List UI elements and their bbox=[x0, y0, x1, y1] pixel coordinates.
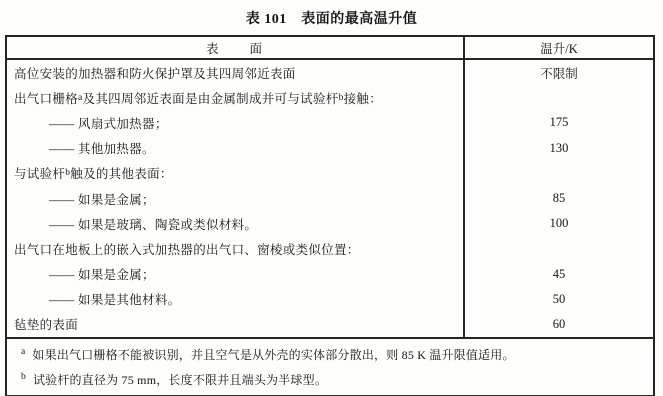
row-value: 60 bbox=[463, 312, 653, 337]
table-row: —— 如果是金属； 85 bbox=[7, 186, 653, 211]
table-row: —— 如果是其他材料。 50 bbox=[7, 287, 653, 312]
row-value: 50 bbox=[463, 287, 653, 312]
footnote-b: b试验杆的直径为 75 mm，长度不限并且端头为半球型。 bbox=[21, 368, 653, 393]
row-label: 高位安装的加热器和防火保护罩及其四周邻近表面 bbox=[7, 60, 463, 85]
row-label: —— 如果是金属； bbox=[7, 186, 463, 211]
table-row: —— 其他加热器。 130 bbox=[7, 136, 653, 161]
footnote-b-marker: b bbox=[21, 372, 26, 382]
row-label: —— 风扇式加热器； bbox=[7, 110, 463, 135]
row-value bbox=[463, 161, 653, 186]
row-label: 出气口栅格a 及其四周邻近表面是由金属制成并可与试验杆b 接触： bbox=[7, 85, 463, 110]
footnote-a-text: 如果出气口栅格不能被识别，并且空气是从外壳的实体部分散出，则 85 K 温升限值… bbox=[32, 348, 514, 362]
footnote-b-text: 试验杆的直径为 75 mm，长度不限并且端头为半球型。 bbox=[33, 373, 327, 387]
row-value bbox=[463, 236, 653, 261]
table-row: —— 如果是金属； 45 bbox=[7, 262, 653, 287]
table-row: —— 风扇式加热器； 175 bbox=[7, 110, 653, 135]
table-header-row: 表 面 温升/K bbox=[7, 37, 653, 60]
footnote-a-marker: a bbox=[21, 347, 25, 357]
row-label: —— 如果是金属； bbox=[7, 262, 463, 287]
table-row: 与试验杆b 触及的其他表面： bbox=[7, 161, 653, 186]
temperature-rise-table: 表 面 温升/K 高位安装的加热器和防火保护罩及其四周邻近表面 不限制 出气口栅… bbox=[5, 35, 655, 396]
row-value: 175 bbox=[463, 110, 653, 135]
row-label: 毡垫的表面 bbox=[7, 312, 463, 337]
row-value: 45 bbox=[463, 262, 653, 287]
table-footnotes: a如果出气口栅格不能被识别，并且空气是从外壳的实体部分散出，则 85 K 温升限… bbox=[7, 337, 653, 395]
row-value: 不限制 bbox=[463, 60, 653, 85]
row-label: —— 如果是其他材料。 bbox=[7, 287, 463, 312]
rise-column-header: 温升/K bbox=[463, 37, 653, 58]
row-value: 85 bbox=[463, 186, 653, 211]
row-value: 100 bbox=[463, 211, 653, 236]
row-label: —— 其他加热器。 bbox=[7, 136, 463, 161]
footnote-a: a如果出气口栅格不能被识别，并且空气是从外壳的实体部分散出，则 85 K 温升限… bbox=[21, 343, 653, 368]
row-value: 130 bbox=[463, 136, 653, 161]
table-title: 表 101 表面的最高温升值 bbox=[0, 0, 663, 28]
row-label: 出气口在地板上的嵌入式加热器的出气口、窗棱或类似位置： bbox=[7, 236, 463, 261]
row-label: 与试验杆b 触及的其他表面： bbox=[7, 161, 463, 186]
table-row: 出气口在地板上的嵌入式加热器的出气口、窗棱或类似位置： bbox=[7, 236, 653, 261]
table-row: 出气口栅格a 及其四周邻近表面是由金属制成并可与试验杆b 接触： bbox=[7, 85, 653, 110]
table-row: —— 如果是玻璃、陶瓷或类似材料。 100 bbox=[7, 211, 653, 236]
table-body: 高位安装的加热器和防火保护罩及其四周邻近表面 不限制 出气口栅格a 及其四周邻近… bbox=[7, 60, 653, 337]
table-row: 毡垫的表面 60 bbox=[7, 312, 653, 337]
row-label: —— 如果是玻璃、陶瓷或类似材料。 bbox=[7, 211, 463, 236]
surface-column-header: 表 面 bbox=[7, 37, 463, 58]
row-value bbox=[463, 85, 653, 110]
table-row: 高位安装的加热器和防火保护罩及其四周邻近表面 不限制 bbox=[7, 60, 653, 85]
